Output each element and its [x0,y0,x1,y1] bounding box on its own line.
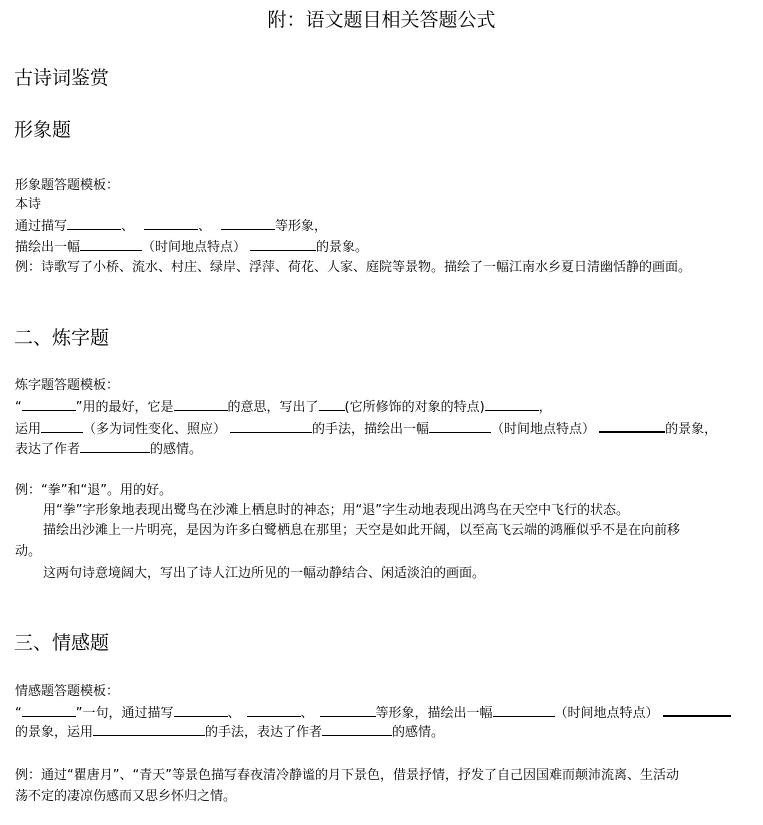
blank-field [80,439,150,453]
emotion-example-1: 例：通过“瞿唐月”、“青天”等景色描写春夜清冷静谧的月下景色，借景抒情，抒发了自… [15,766,679,786]
emotion-line-1: “”一句，通过描写、、等形象，描绘出一幅（时间地点特点） [15,702,731,724]
word-example-1: 例：“拳”和“退”。用的好。 [15,481,172,501]
word-example-2: 用“拳”字形象地表现出鹭鸟在沙滩上栖息时的神态；用“退”字生动地表现出鸿鸟在天空… [15,501,629,521]
blank-field [67,216,121,230]
imagery-example: 例：诗歌写了小桥、流水、村庄、绿岸、浮萍、荷花、人家、庭院等景物。描绘了一幅江南… [15,258,691,278]
section-heading-emotion: 三、情感题 [14,631,109,655]
blank-field [174,703,228,717]
blank-field [93,722,205,736]
word-example-3: 描绘出沙滩上一片明亮，是因为许多白鹭栖息在那里；天空是如此开阔，以至高飞云端的鸿… [15,521,680,541]
blank-field [174,397,228,411]
emotion-example-2: 荡不定的凄凉伤感而又思乡怀归之情。 [15,787,236,807]
section-heading-word-refining: 二、炼字题 [14,326,109,350]
word-line-3: 表达了作者的感情。 [15,439,202,460]
blank-field [320,703,376,717]
blank-field [230,419,312,433]
word-template-label: 炼字题答题模板： [15,376,119,396]
word-example-4: 这两句诗意境阔大，写出了诗人江边所见的一幅动静结合、闲适淡泊的画面。 [15,564,485,584]
imagery-template-label: 形象题答题模板： [15,176,119,196]
blank-field [599,418,665,433]
blank-field [41,419,83,433]
section-heading-poetry: 古诗词鉴赏 [14,66,109,90]
blank-field [429,419,491,433]
imagery-line-1: 本诗 [15,195,41,215]
blank-field [22,703,76,717]
blank-field [80,237,142,251]
blank-field [493,703,555,717]
word-example-3b: 动。 [15,542,41,562]
section-heading-imagery: 形象题 [14,118,71,142]
imagery-line-2: 通过描写、、等形象， [15,216,327,237]
emotion-line-2: 的景象，运用的手法，表达了作者的感情。 [15,722,444,743]
blank-field [322,722,392,736]
blank-field [247,703,301,717]
emotion-template-label: 情感题答题模板： [15,682,119,702]
blank-field [485,397,539,411]
blank-field [221,216,275,230]
blank-field [22,397,76,411]
page-title: 附：语文题目相关答题公式 [0,8,763,32]
blank-field [663,702,731,717]
blank-field [250,237,316,251]
word-line-2: 运用（多为词性变化、照应）的手法，描绘出一幅（时间地点特点）的景象， [15,418,717,440]
word-line-1: “”用的最好，它是的意思，写出了(它所修饰的对象的特点)， [15,397,552,418]
blank-field [319,397,345,411]
imagery-line-3: 描绘出一幅（时间地点特点）的景象。 [15,237,368,258]
blank-field [144,216,198,230]
